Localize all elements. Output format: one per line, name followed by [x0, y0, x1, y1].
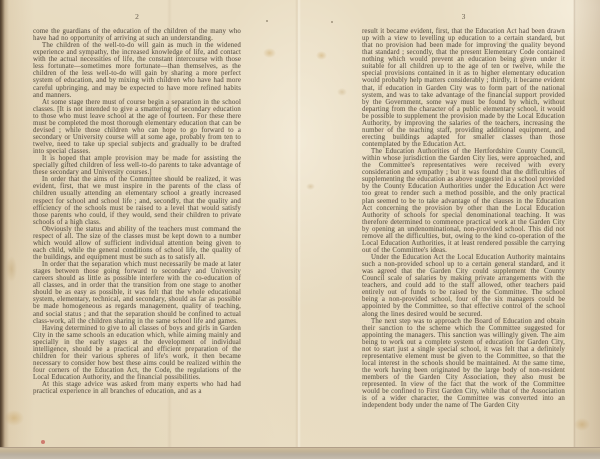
- red-speck: [41, 440, 45, 444]
- paragraph: result it became evident, first, that th…: [362, 28, 565, 148]
- page-number: 2: [33, 13, 241, 21]
- paragraph: At this stage advice was asked from many…: [33, 381, 241, 395]
- paragraph: In order that the aims of the Committee …: [33, 176, 241, 225]
- paragraph: Under the Education Act the Local Educat…: [362, 254, 565, 318]
- paragraph: It is hoped that ample provision may be …: [33, 155, 241, 176]
- paragraph: Obviously the status and ability of the …: [33, 226, 241, 261]
- paragraph: Having determined to give to all classes…: [33, 325, 241, 382]
- page-bottom-edge: [0, 447, 600, 459]
- dust-speck: [331, 21, 333, 23]
- page-edge-shade: [576, 0, 600, 448]
- paragraph: The children of the well-to-do will gain…: [33, 42, 241, 99]
- page-2-text: come the guardians of the education of t…: [33, 28, 241, 395]
- page-3: 3 result it became evident, first, that …: [362, 13, 565, 409]
- paragraph: The Education Authorities of the Hertfor…: [362, 148, 565, 254]
- foxing-stain: [316, 51, 327, 60]
- dust-speck: [266, 20, 268, 22]
- page-3-text: result it became evident, first, that th…: [362, 28, 565, 409]
- foxing-stain: [263, 48, 276, 58]
- foxing-stain: [337, 88, 347, 96]
- book-spine-shadow: [0, 0, 9, 449]
- paragraph: The next step was to approach the Board …: [362, 318, 565, 410]
- paragraph: In order that the separation which must …: [33, 261, 241, 325]
- paragraph: come the guardians of the education of t…: [33, 28, 241, 42]
- scanned-page-spread: 2 come the guardians of the education of…: [0, 0, 600, 459]
- center-gutter-crease: [295, 0, 301, 448]
- paragraph: At some stage there must of course begin…: [33, 99, 241, 156]
- page-2: 2 come the guardians of the education of…: [33, 13, 241, 395]
- foxing-stain: [306, 183, 315, 190]
- page-number: 3: [362, 13, 565, 21]
